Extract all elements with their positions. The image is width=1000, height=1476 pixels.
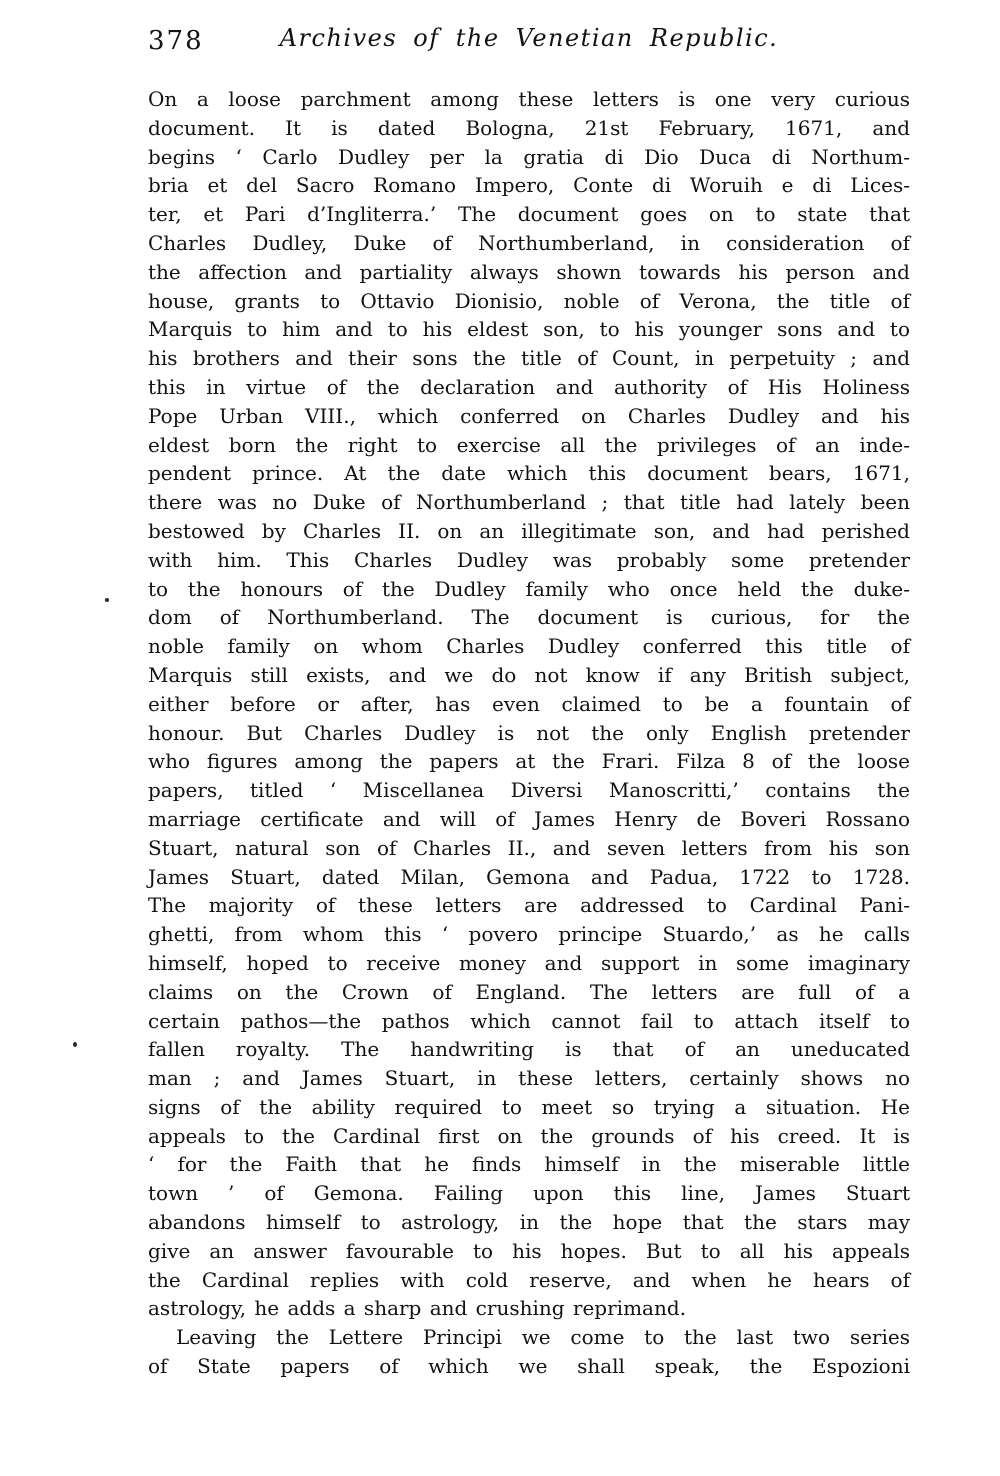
text-line: claims on the Crown of England. The lett… <box>148 978 910 1007</box>
text-line: marriage certificate and will of James H… <box>148 805 910 834</box>
text-line: honour. But Charles Dudley is not the on… <box>148 719 910 748</box>
text-line: The majority of these letters are addres… <box>148 891 910 920</box>
text-line: fallen royalty. The handwriting is that … <box>148 1035 910 1064</box>
text-line: give an answer favourable to his hopes. … <box>148 1237 910 1266</box>
text-line: signs of the ability required to meet so… <box>148 1093 910 1122</box>
text-line: man ; and James Stuart, in these letters… <box>148 1064 910 1093</box>
text-line: ‘ for the Faith that he finds himself in… <box>148 1150 910 1179</box>
text-line: there was no Duke of Northumberland ; th… <box>148 488 910 517</box>
text-line: ter, et Pari d’Ingliterra.’ The document… <box>148 200 910 229</box>
text-line: Leaving the Lettere Principi we come to … <box>148 1323 910 1352</box>
text-line: this in virtue of the declaration and au… <box>148 373 910 402</box>
page-number: 378 <box>148 26 204 56</box>
text-line: On a loose parchment among these letters… <box>148 85 910 114</box>
text-line: astrology, he adds a sharp and crushing … <box>148 1294 910 1323</box>
text-line: his brothers and their sons the title of… <box>148 344 910 373</box>
text-line: noble family on whom Charles Dudley conf… <box>148 632 910 661</box>
text-line: Charles Dudley, Duke of Northumberland, … <box>148 229 910 258</box>
book-page: 378 Archives of the Venetian Republic. O… <box>0 0 1000 1476</box>
text-line: document. It is dated Bologna, 21st Febr… <box>148 114 910 143</box>
text-line: town ’ of Gemona. Failing upon this line… <box>148 1179 910 1208</box>
text-line: Pope Urban VIII., which conferred on Cha… <box>148 402 910 431</box>
body-text: On a loose parchment among these letters… <box>148 85 910 1381</box>
text-line: who figures among the papers at the Frar… <box>148 747 910 776</box>
text-line: with him. This Charles Dudley was probab… <box>148 546 910 575</box>
text-line: pendent prince. At the date which this d… <box>148 459 910 488</box>
text-line: the Cardinal replies with cold reserve, … <box>148 1266 910 1295</box>
scan-speck <box>105 598 109 602</box>
text-line: certain pathos—the pathos which cannot f… <box>148 1007 910 1036</box>
text-line: the affection and partiality always show… <box>148 258 910 287</box>
text-line: of State papers of which we shall speak,… <box>148 1352 910 1381</box>
text-line: himself, hoped to receive money and supp… <box>148 949 910 978</box>
page-header: 378 Archives of the Venetian Republic. <box>148 20 910 60</box>
text-line: to the honours of the Dudley family who … <box>148 575 910 604</box>
text-line: either before or after, has even claimed… <box>148 690 910 719</box>
text-line: bria et del Sacro Romano Impero, Conte d… <box>148 171 910 200</box>
text-line: begins ‘ Carlo Dudley per la gratia di D… <box>148 143 910 172</box>
text-line: abandons himself to astrology, in the ho… <box>148 1208 910 1237</box>
text-line: house, grants to Ottavio Dionisio, noble… <box>148 287 910 316</box>
text-line: bestowed by Charles II. on an illegitima… <box>148 517 910 546</box>
text-line: James Stuart, dated Milan, Gemona and Pa… <box>148 863 910 892</box>
text-line: appeals to the Cardinal first on the gro… <box>148 1122 910 1151</box>
text-line: Marquis to him and to his eldest son, to… <box>148 315 910 344</box>
text-line: papers, titled ‘ Miscellanea Diversi Man… <box>148 776 910 805</box>
text-line: eldest born the right to exercise all th… <box>148 431 910 460</box>
scan-speck <box>73 1042 77 1047</box>
text-line: Marquis still exists, and we do not know… <box>148 661 910 690</box>
text-line: Stuart, natural son of Charles II., and … <box>148 834 910 863</box>
text-line: dom of Northumberland. The document is c… <box>148 603 910 632</box>
running-title: Archives of the Venetian Republic. <box>148 20 910 52</box>
text-line: ghetti, from whom this ‘ povero principe… <box>148 920 910 949</box>
